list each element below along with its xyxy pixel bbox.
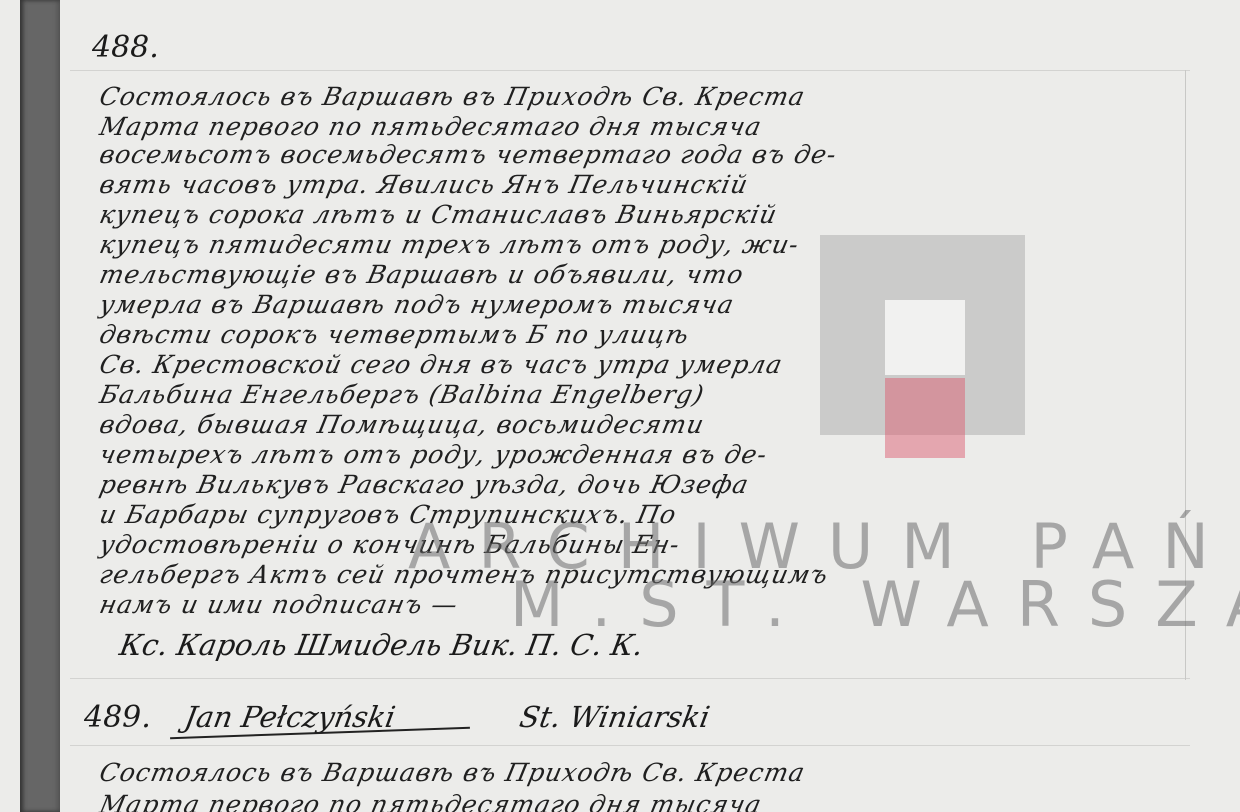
archive-logo-red <box>885 378 965 458</box>
record-line: вять часовъ утра. Явились Янъ Пельчинскі… <box>97 170 1193 199</box>
record-line: ревнѣ Вилькувъ Равскаго уѣзда, дочь Юзеф… <box>97 470 1193 499</box>
record-line: Св. Крестовской сего дня въ часъ утра ум… <box>97 350 1193 379</box>
archive-logo-window <box>885 300 965 375</box>
witness-signature: St. Winiarski <box>517 700 712 734</box>
record-line: вдова, бывшая Помѣщица, восьмидесяти <box>97 410 1193 439</box>
record-line: Состоялось въ Варшавѣ въ Приходѣ Св. Кре… <box>97 758 1193 787</box>
book-binding <box>20 0 60 812</box>
record-line: тельствующіе въ Варшавѣ и объявили, что <box>97 260 1193 289</box>
record-line: купецъ пятидесяти трехъ лѣтъ отъ роду, ж… <box>97 230 1193 259</box>
facing-page-edge <box>0 0 21 812</box>
record-line: Марта первого по пятьдесятаго дня тысяча <box>97 112 1193 141</box>
page-rule <box>70 678 1190 679</box>
entry-number: 489. <box>84 700 151 735</box>
watermark-line-2: M.ST. WARSZAW <box>510 568 1240 641</box>
record-line: Марта первого по пятьдесятаго дня тысяча <box>97 790 1193 812</box>
page-rule <box>70 745 1190 746</box>
record-line: купецъ сорока лѣтъ и Станиславъ Виньярск… <box>97 200 1193 229</box>
record-line: восемьсотъ восемьдесятъ четвертаго года … <box>97 140 1193 169</box>
record-line: умерла въ Варшавѣ подъ нумеромъ тысяча <box>97 290 1193 319</box>
page-rule <box>70 70 1190 71</box>
record-line: Бальбина Енгельбергъ (Balbina Engelberg) <box>97 380 1193 409</box>
record-line: Состоялось въ Варшавѣ въ Приходѣ Св. Кре… <box>97 82 1193 111</box>
record-line: четырехъ лѣтъ отъ роду, урожденная въ де… <box>97 440 1193 469</box>
witness-signature: Jan Pełczyński <box>182 700 398 734</box>
entry-number: 488. <box>92 30 159 65</box>
record-line: двѣсти сорокъ четвертымъ Б по улицѣ <box>97 320 1193 349</box>
